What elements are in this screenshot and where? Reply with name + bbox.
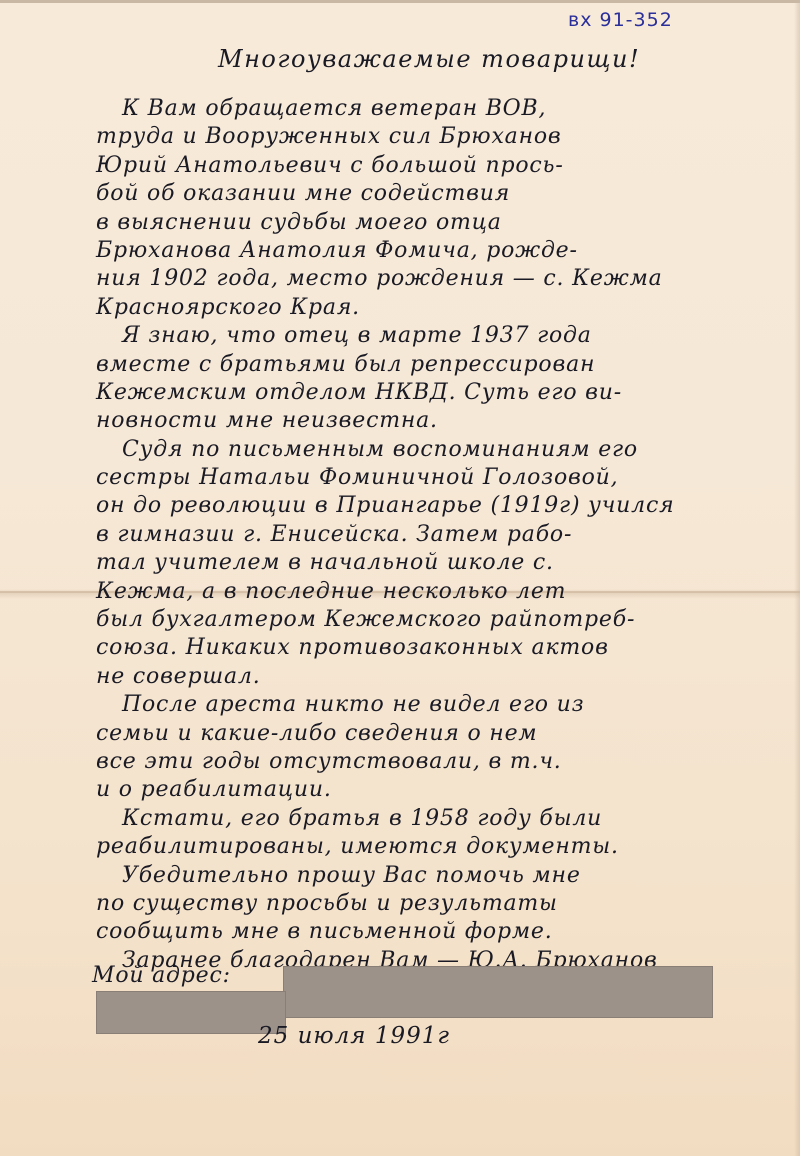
paper-edge-shadow <box>794 3 800 1156</box>
redacted-address-block <box>283 966 713 1018</box>
letter-line: После ареста никто не видел его из <box>96 691 786 719</box>
letter-page: вх 91-352 Многоуважаемые товарищи! К Вам… <box>0 0 800 1156</box>
letter-line: реабилитированы, имеются документы. <box>96 833 786 861</box>
letter-line: Кстати, его братья в 1958 году были <box>96 805 786 833</box>
letter-line: новности мне неизвестна. <box>96 407 786 435</box>
registration-stamp: вх 91-352 <box>568 9 673 31</box>
letter-line: Красноярского Края. <box>96 294 786 322</box>
letter-line: по существу просьбы и результаты <box>96 890 786 918</box>
letter-line: в гимназии г. Енисейска. Затем рабо- <box>96 521 786 549</box>
letter-line: не совершал. <box>96 663 786 691</box>
letter-line: сестры Натальи Фоминичной Голозовой, <box>96 464 786 492</box>
letter-line: вместе с братьями был репрессирован <box>96 351 786 379</box>
letter-line: сообщить мне в письменной форме. <box>96 918 786 946</box>
letter-line: К Вам обращается ветеран ВОВ, <box>96 95 786 123</box>
letter-line: в выяснении судьбы моего отца <box>96 209 786 237</box>
letter-line: семьи и какие-либо сведения о нем <box>96 720 786 748</box>
letter-line: труда и Вооруженных сил Брюханов <box>96 123 786 151</box>
letter-line: Юрий Анатольевич с большой прось- <box>96 152 786 180</box>
address-label: Мой адрес: <box>92 963 231 988</box>
letter-line: ния 1902 года, место рождения — с. Кежма <box>96 265 786 293</box>
letter-line: и о реабилитации. <box>96 776 786 804</box>
letter-line: он до революции в Приангарье (1919г) учи… <box>96 492 786 520</box>
salutation: Многоуважаемые товарищи! <box>218 45 640 73</box>
letter-line: Кежемским отделом НКВД. Суть его ви- <box>96 379 786 407</box>
letter-line: Убедительно прошу Вас помочь мне <box>96 862 786 890</box>
letter-line: все эти годы отсутствовали, в т.ч. <box>96 748 786 776</box>
letter-body: К Вам обращается ветеран ВОВ,труда и Воо… <box>96 95 786 975</box>
letter-line: был бухгалтером Кежемского райпотреб- <box>96 606 786 634</box>
letter-line: Я знаю, что отец в марте 1937 года <box>96 322 786 350</box>
letter-line: бой об оказании мне содействия <box>96 180 786 208</box>
letter-line: Судя по письменным воспоминаниям его <box>96 436 786 464</box>
letter-line: Брюханова Анатолия Фомича, рожде- <box>96 237 786 265</box>
letter-line: тал учителем в начальной школе с. <box>96 549 786 577</box>
letter-date: 25 июля 1991г <box>258 1023 450 1049</box>
letter-line: Кежма, а в последние несколько лет <box>96 578 786 606</box>
letter-line: союза. Никаких противозаконных актов <box>96 634 786 662</box>
